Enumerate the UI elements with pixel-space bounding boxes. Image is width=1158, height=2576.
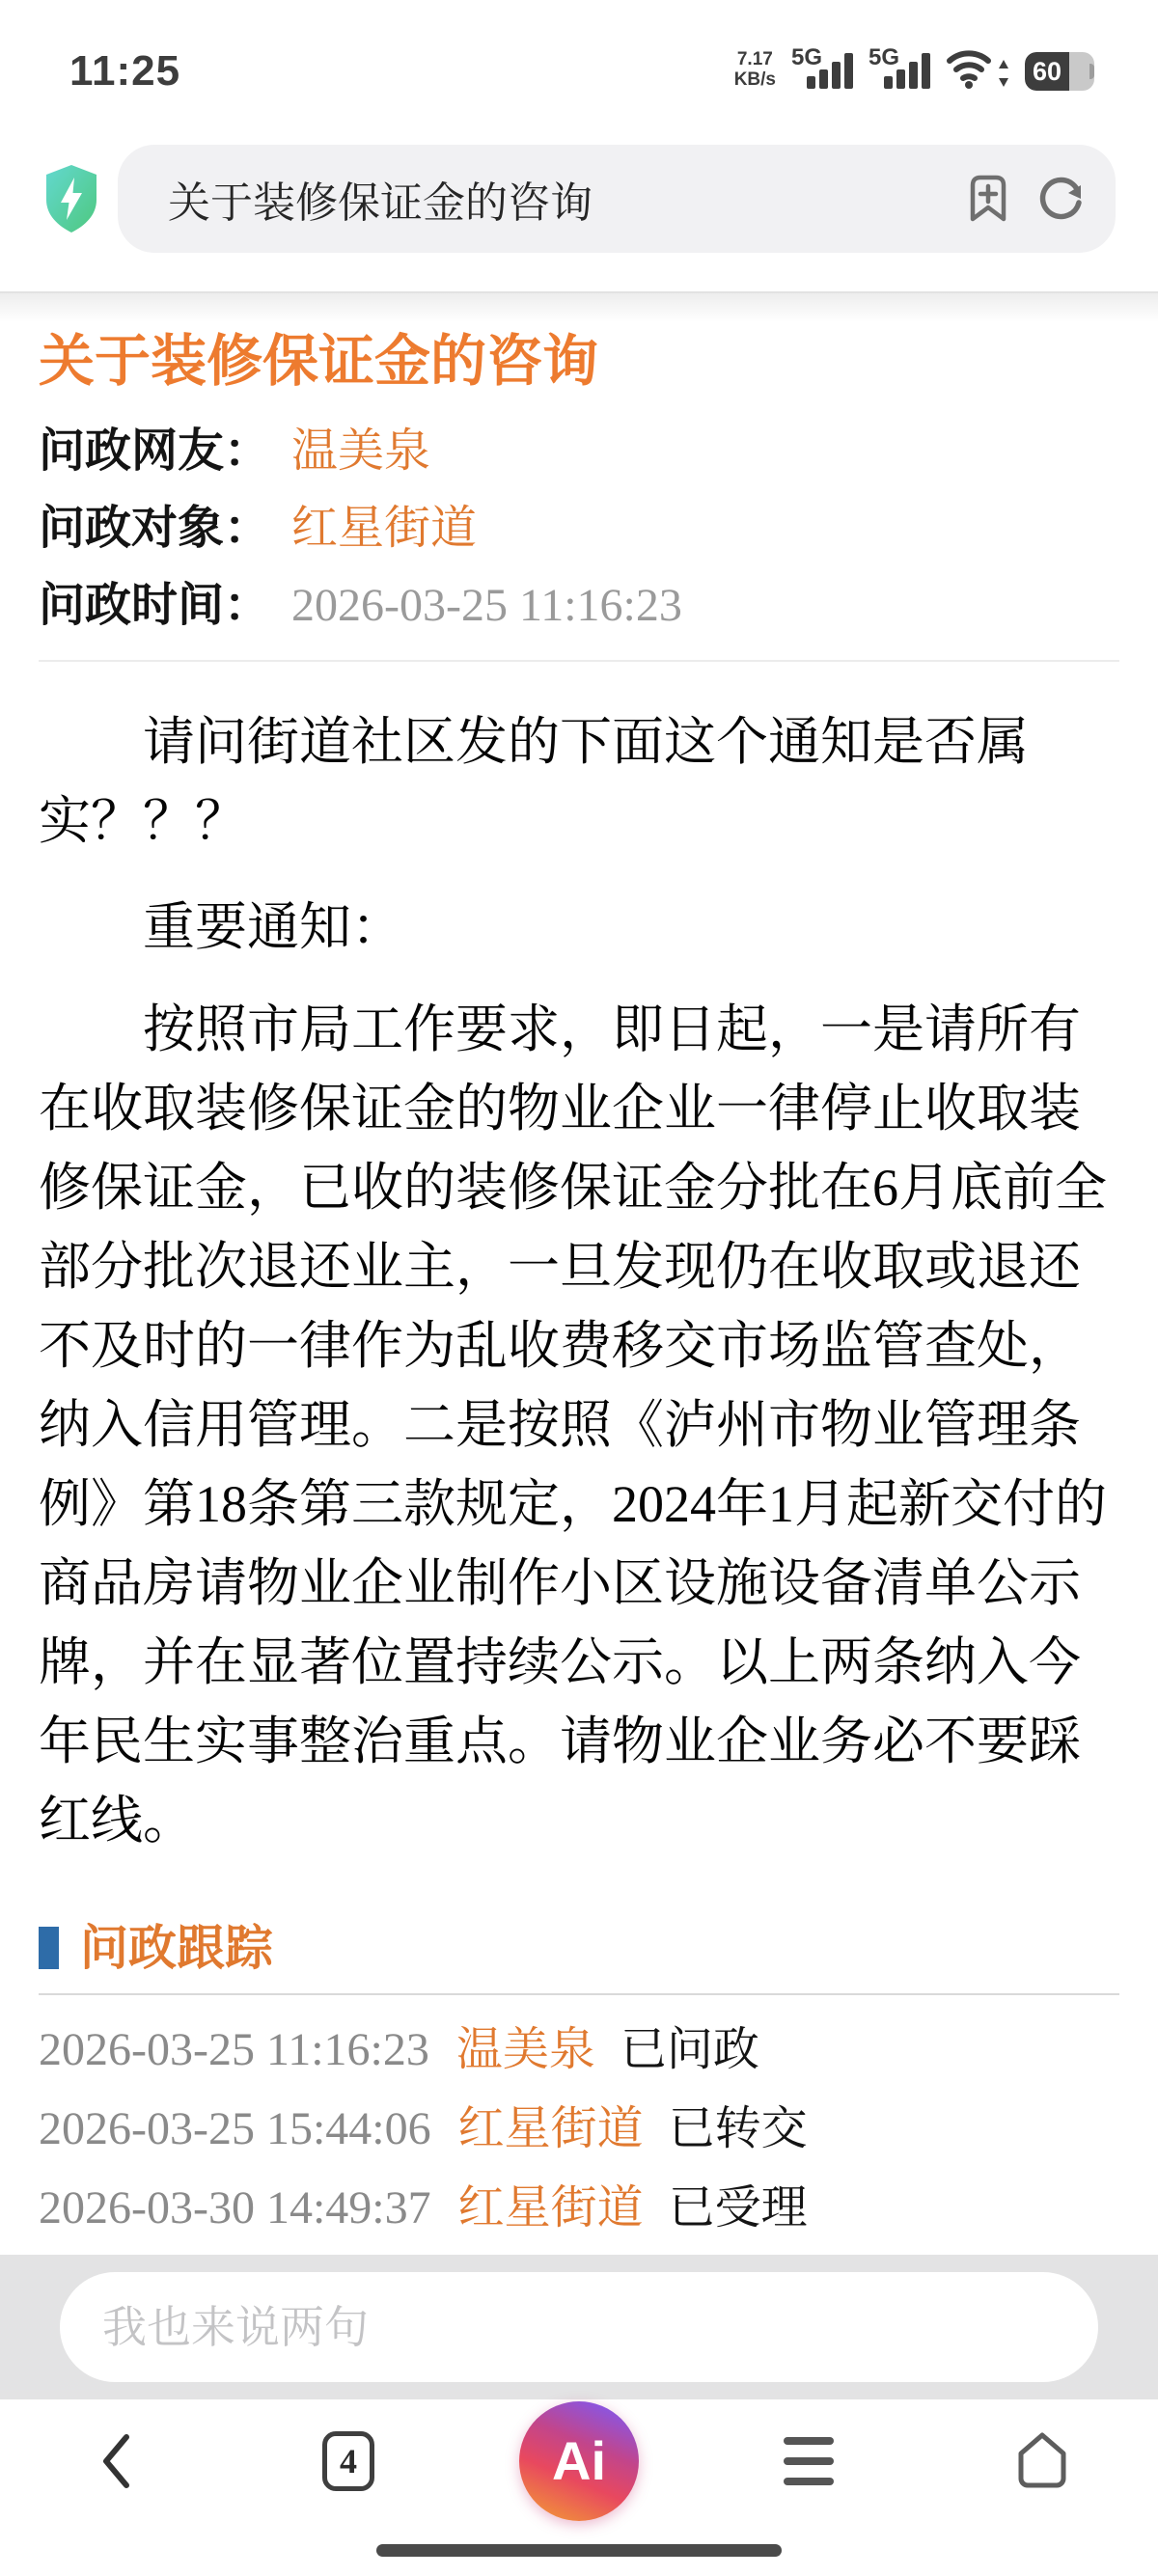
meta-divider <box>39 660 1119 662</box>
status-indicators: 7.17 KB/s 5G 5G <box>734 46 1094 91</box>
toolbar-shadow <box>0 293 1158 322</box>
network-speed-value: 7.17 <box>734 49 776 69</box>
hamburger-icon <box>784 2437 834 2485</box>
tracking-section-header: 问政跟踪 <box>39 1924 1119 1972</box>
home-icon <box>1013 2430 1071 2492</box>
battery-icon: 60 <box>1025 52 1094 91</box>
entry-actor: 红星街道 <box>458 2184 644 2233</box>
entry-status: 已受理 <box>669 2184 808 2233</box>
browser-toolbar: 关于装修保证金的咨询 <box>0 106 1158 291</box>
signal-bars-icon <box>884 53 930 89</box>
tracking-divider <box>39 1993 1119 1995</box>
notice-heading-paragraph: 重要通知： <box>39 888 1119 967</box>
entry-date: 2026-03-25 11:16:23 <box>39 2026 429 2074</box>
tab-counter-icon: 4 <box>322 2431 374 2491</box>
meta-label: 问政网友： <box>39 428 270 475</box>
tabs-button[interactable]: 4 <box>281 2394 416 2529</box>
ai-label: Ai <box>552 2434 606 2488</box>
meta-row-time: 问政时间： 2026-03-25 11:16:23 <box>39 583 1119 629</box>
add-bookmark-icon[interactable] <box>965 173 1011 225</box>
meta-row-netizen: 问政网友： 温美泉 <box>39 428 1119 475</box>
submit-time: 2026-03-25 11:16:23 <box>291 583 682 629</box>
sim2-signal: 5G <box>868 46 930 91</box>
entry-actor: 温美泉 <box>456 2026 595 2074</box>
meta-label: 问政对象： <box>39 506 270 552</box>
back-button[interactable] <box>48 2394 183 2529</box>
status-bar: 11:25 7.17 KB/s 5G 5G <box>0 0 1158 106</box>
page-content: 关于装修保证金的咨询 问政网友： 温美泉 问政对象： 红星街道 问政时间： 20… <box>0 322 1158 2312</box>
tab-count: 4 <box>340 2441 357 2481</box>
battery-percent: 60 <box>1033 57 1061 87</box>
home-button[interactable] <box>975 2394 1110 2529</box>
home-indicator-handle[interactable] <box>376 2544 782 2557</box>
sim1-signal: 5G <box>791 46 853 91</box>
meta-row-target: 问政对象： 红星街道 <box>39 506 1119 552</box>
meta-label: 问政时间： <box>39 583 270 629</box>
network-speed: 7.17 KB/s <box>734 49 776 91</box>
address-text[interactable]: 关于装修保证金的咨询 <box>168 168 940 230</box>
entry-date: 2026-03-30 14:49:37 <box>39 2184 431 2233</box>
comment-bar <box>0 2255 1158 2399</box>
timeline-entry: 2026-03-25 15:44:06 红星街道 已转交 <box>39 2105 1119 2153</box>
notice-body-paragraph: 按照市局工作要求，即日起，一是请所有在收取装修保证金的物业企业一律停止收取装修保… <box>39 990 1119 1860</box>
article-body: 请问街道社区发的下面这个通知是否属实？？？ 重要通知： 按照市局工作要求，即日起… <box>39 702 1119 1860</box>
wifi-icon <box>946 46 1009 91</box>
netizen-name-link[interactable]: 温美泉 <box>291 428 430 475</box>
security-shield-icon[interactable] <box>42 163 100 234</box>
entry-actor: 红星街道 <box>458 2105 644 2153</box>
clock: 11:25 <box>69 52 180 91</box>
address-bar[interactable]: 关于装修保证金的咨询 <box>118 145 1116 253</box>
signal-bars-icon <box>807 53 853 89</box>
network-speed-unit: KB/s <box>734 69 776 90</box>
data-arrows-icon <box>998 58 1009 89</box>
ai-assistant-button[interactable]: Ai <box>519 2401 639 2521</box>
article-meta: 问政网友： 温美泉 问政对象： 红星街道 问政时间： 2026-03-25 11… <box>39 428 1119 629</box>
question-paragraph: 请问街道社区发的下面这个通知是否属实？？？ <box>39 702 1119 861</box>
entry-status: 已问政 <box>620 2026 759 2074</box>
target-agency-link[interactable]: 红星街道 <box>291 506 477 552</box>
entry-date: 2026-03-25 15:44:06 <box>39 2105 431 2153</box>
timeline-entry: 2026-03-25 11:16:23 温美泉 已问政 <box>39 2026 1119 2074</box>
comment-input[interactable] <box>60 2272 1098 2382</box>
section-marker <box>39 1927 59 1969</box>
tracking-title: 问政跟踪 <box>80 1924 273 1972</box>
chevron-left-icon <box>98 2432 133 2490</box>
menu-button[interactable] <box>741 2394 876 2529</box>
timeline-entry: 2026-03-30 14:49:37 红星街道 已受理 <box>39 2184 1119 2233</box>
entry-status: 已转交 <box>669 2105 808 2153</box>
phone-screen: 11:25 7.17 KB/s 5G 5G <box>0 0 1158 2576</box>
refresh-icon[interactable] <box>1036 174 1087 224</box>
article-title: 关于装修保证金的咨询 <box>39 330 1119 394</box>
